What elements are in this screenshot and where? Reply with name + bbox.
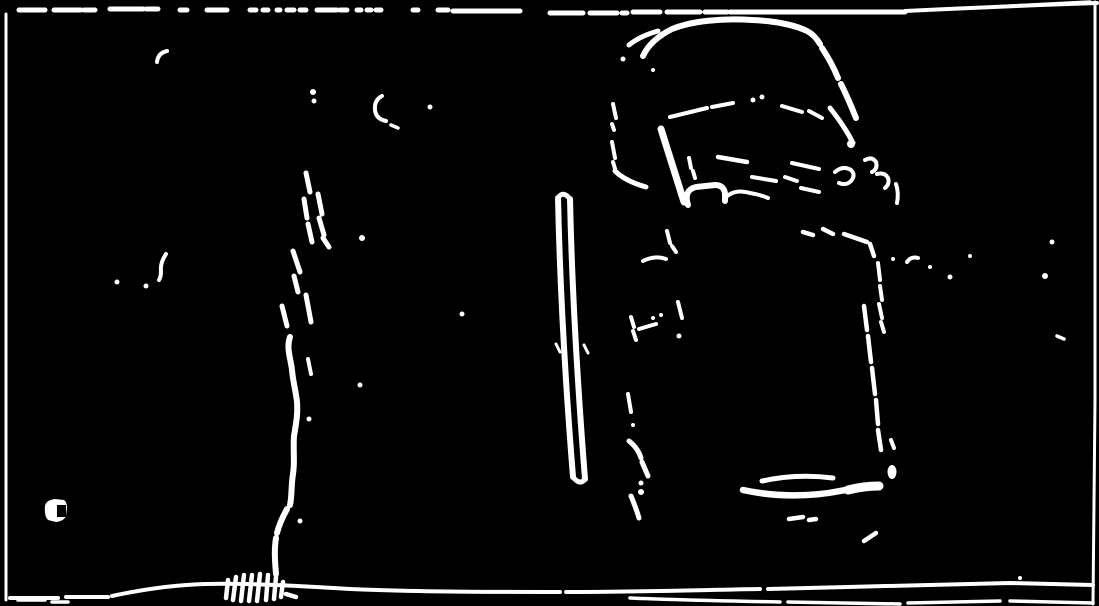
trunk-side-dot-1 [307,417,312,422]
body-right-piece [891,440,894,448]
windshield-dot-1 [751,98,756,103]
scatter-dot-j [948,275,953,280]
windshield-right-blob [847,140,855,148]
scatter-dot-h [1050,240,1055,245]
scatter-dot-l [1018,576,1022,580]
bumper-lower-bulge [848,486,879,490]
body-left-dot-4 [631,423,635,427]
scatter-dot-d [359,235,365,241]
scatter-dot-m [891,257,895,261]
windshield-dot-2 [760,95,765,100]
body-left-dot-1 [651,316,655,320]
scatter-dot-k [928,265,932,269]
image-background [0,0,1099,606]
scatter-dot-i [1042,273,1048,279]
edge-svg [0,0,1099,606]
trunk-side-dot-2 [298,519,303,524]
border-top-dashes-left [19,9,520,11]
trunk-dot-2 [312,99,317,104]
body-left-dot-2 [659,313,663,317]
wheel-arch-dot-2 [638,489,644,495]
small-sign-notch [57,505,66,517]
mirror-curl-4 [896,184,898,203]
car-roof-dot-1 [621,57,626,62]
scatter-dot-c [428,105,433,110]
body-left-dot-3 [677,334,682,339]
scatter-dot-f [358,383,363,388]
scatter-dot-b [144,284,149,289]
trunk-dot-1 [310,89,316,95]
scatter-dot-e [460,312,465,317]
edge-image-canvas [0,0,1099,606]
car-roof-dot-2 [651,68,655,72]
wheel-arch-dot-1 [639,481,644,486]
border-top-dashes-right [550,12,905,13]
scatter-dot-g [968,254,972,258]
scatter-dot-a [115,280,120,285]
body-right-blob [888,465,897,479]
